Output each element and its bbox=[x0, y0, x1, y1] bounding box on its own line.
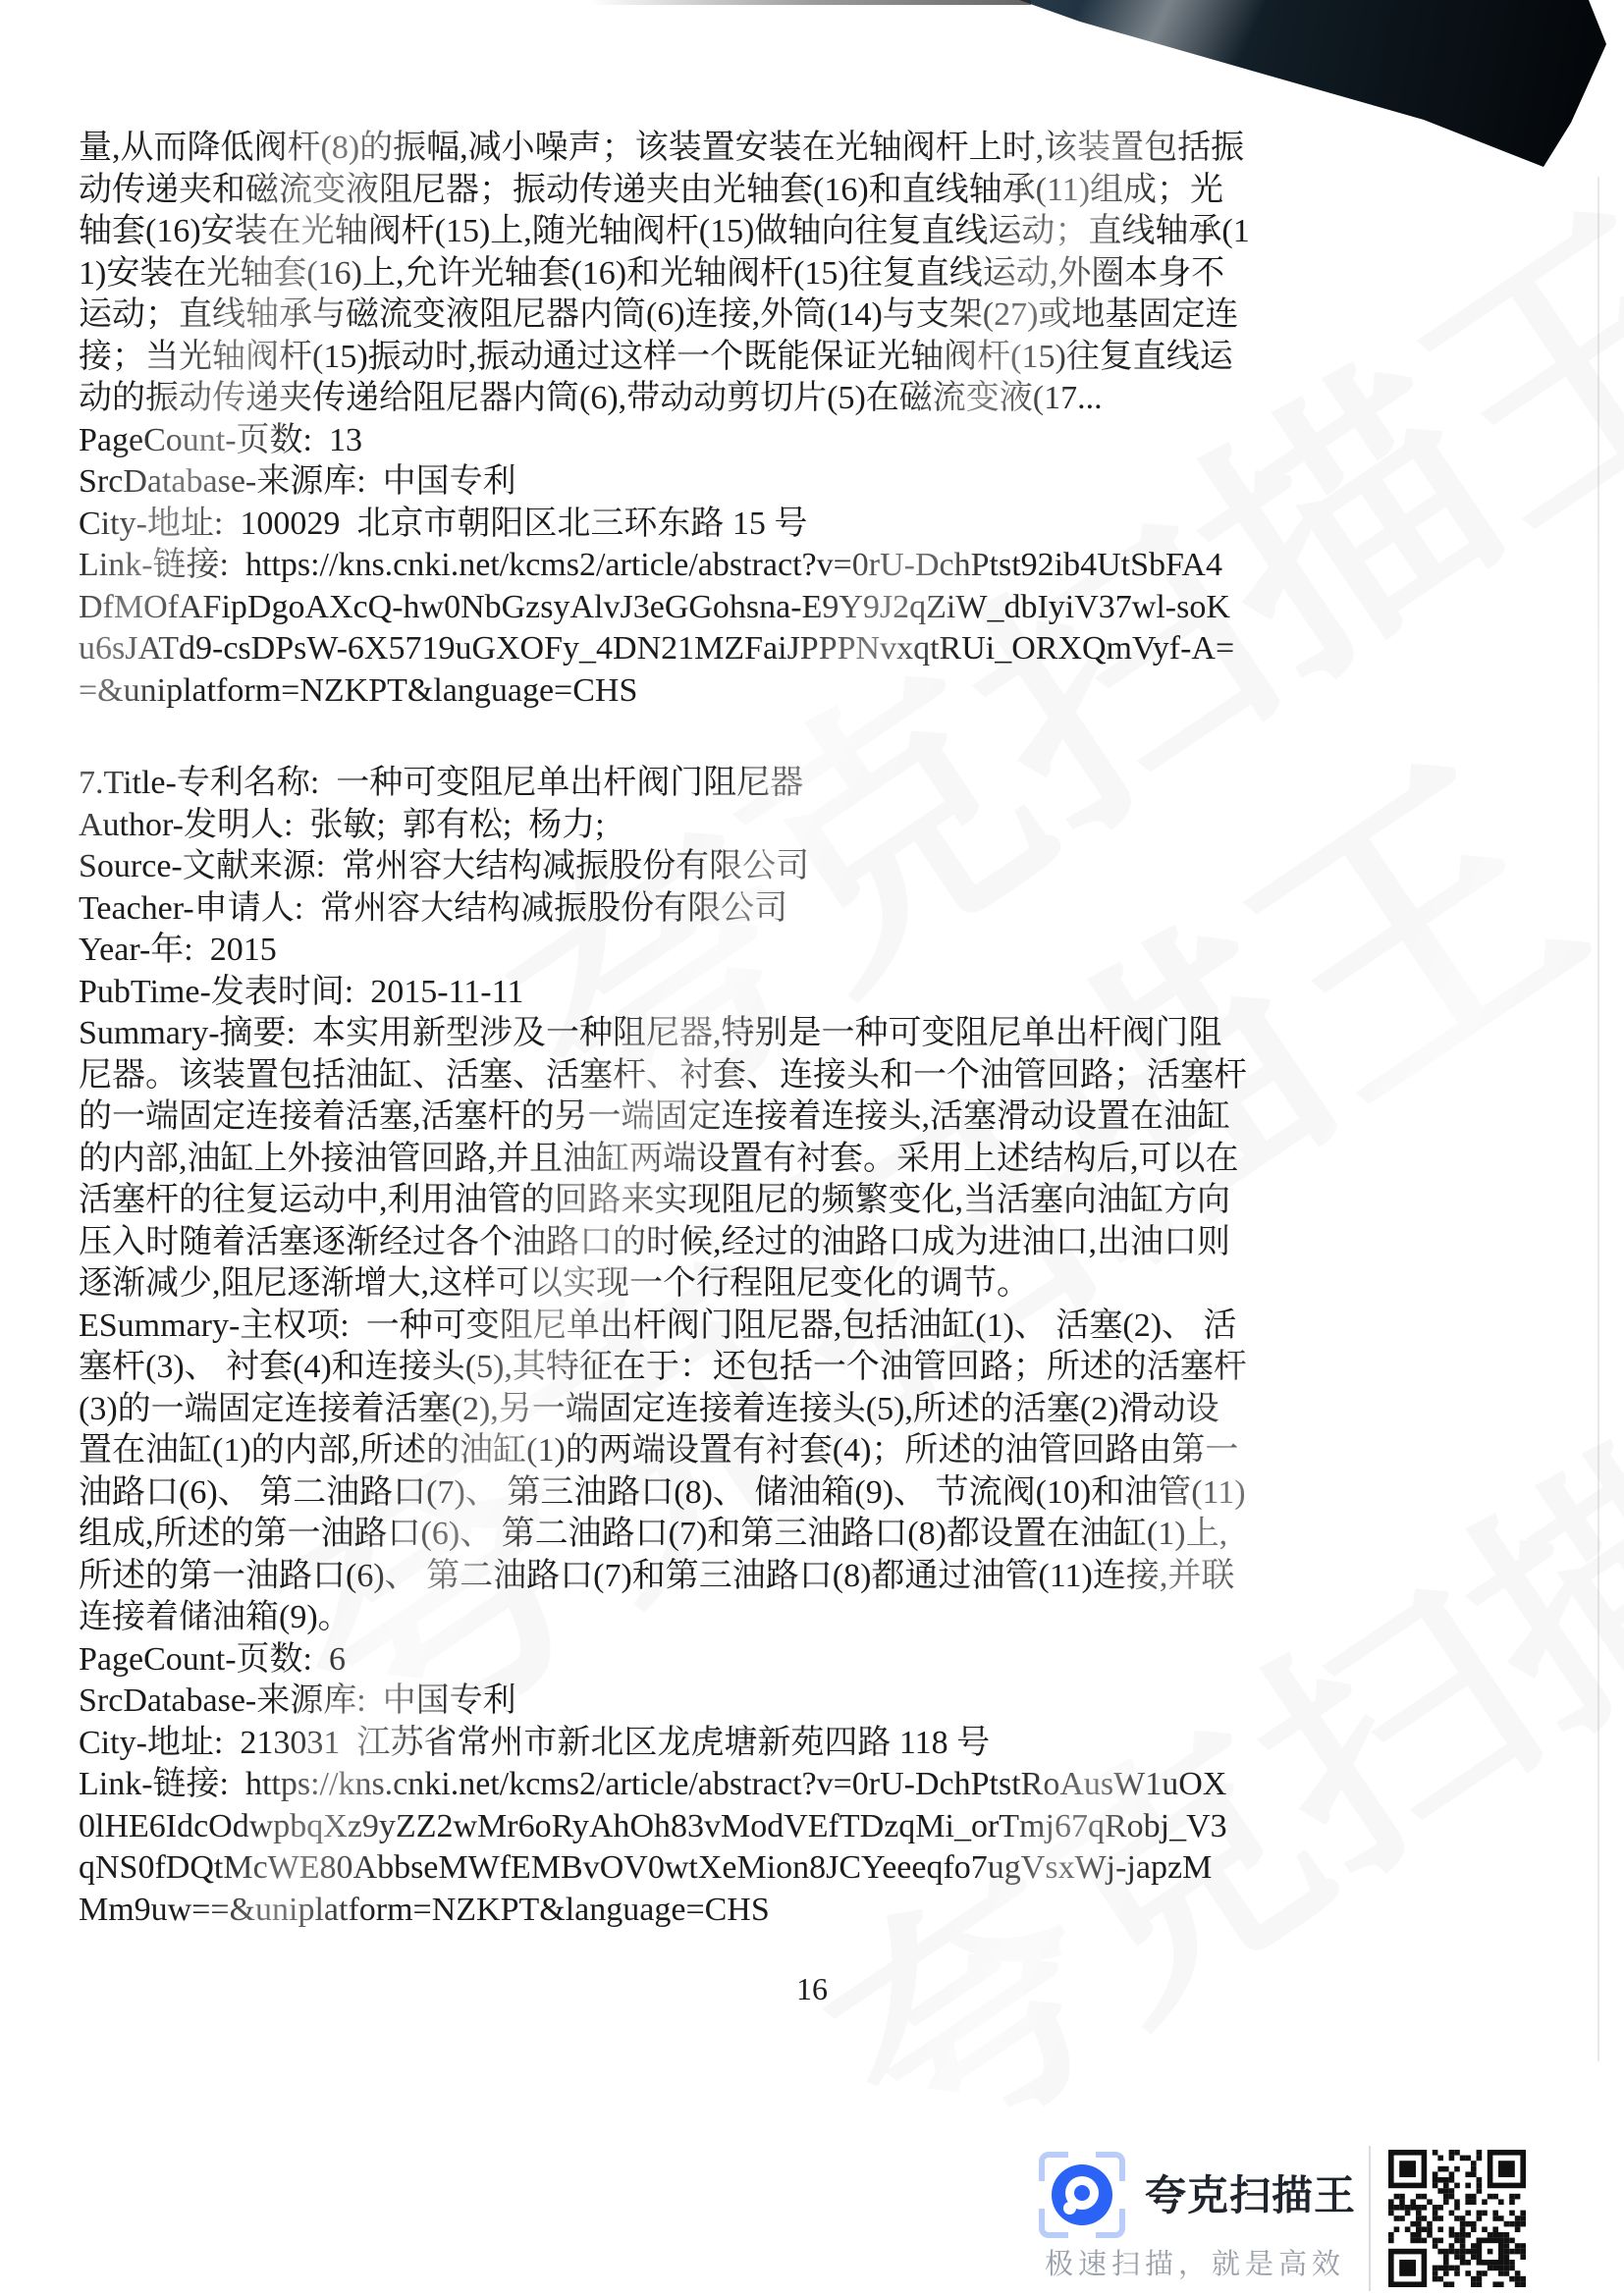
text-line: City-地址: 213031 江苏省常州市新北区龙虎塘新苑四路 118 号 bbox=[79, 1723, 1545, 1765]
text-line: 运动；直线轴承与磁流变液阻尼器内筒(6)连接,外筒(14)与支架(27)或地基固… bbox=[79, 294, 1545, 337]
text-line: qNS0fDQtMcWE80AbbseMWfEMBvOV0wtXeMion8JC… bbox=[79, 1847, 1545, 1890]
text-line: Link-链接: https://kns.cnki.net/kcms2/arti… bbox=[79, 1764, 1545, 1806]
patent-record-7: 7.Title-专利名称: 一种可变阻尼单出杆阀门阻尼器Author-发明人: … bbox=[79, 763, 1545, 1931]
text-line: 油路口(6)、 第二油路口(7)、 第三油路口(8)、 储油箱(9)、 节流阀(… bbox=[79, 1472, 1545, 1515]
text-line: PubTime-发表时间: 2015-11-11 bbox=[79, 972, 1545, 1014]
text-line: ESummary-主权项: 一种可变阻尼单出杆阀门阻尼器,包括油缸(1)、 活塞… bbox=[79, 1306, 1545, 1348]
text-line: 接；当光轴阀杆(15)振动时,振动通过这样一个既能保证光轴阀杆(15)往复直线运 bbox=[79, 337, 1545, 379]
text-line: 活塞杆的往复运动中,利用油管的回路来实现阻尼的频繁变化,当活塞向油缸方向 bbox=[79, 1180, 1545, 1222]
page-number: 16 bbox=[79, 1971, 1545, 2007]
patent-record-6-tail: 量,从而降低阀杆(8)的振幅,减小噪声；该装置安装在光轴阀杆上时,该装置包括振动… bbox=[79, 128, 1545, 712]
quark-ring-tail bbox=[1063, 2202, 1076, 2215]
text-line: SrcDatabase-来源库: 中国专利 bbox=[79, 1681, 1545, 1723]
text-line: City-地址: 100029 北京市朝阳区北三环东路 15 号 bbox=[79, 504, 1545, 546]
text-line: Author-发明人: 张敏; 郭有松; 杨力; bbox=[79, 805, 1545, 847]
scanned-page: 夸克扫描王 夸克扫描王 夸克扫描王 量,从而降低阀杆(8)的振幅,减小噪声；该装… bbox=[0, 0, 1624, 2296]
app-name: 夸克扫描王 bbox=[1145, 2163, 1356, 2222]
divider bbox=[1369, 2146, 1371, 2291]
text-line: SrcDatabase-来源库: 中国专利 bbox=[79, 461, 1545, 504]
scan-edge-streak bbox=[589, 0, 1031, 5]
text-line: Mm9uw==&uniplatform=NZKPT&language=CHS bbox=[79, 1890, 1545, 1932]
text-line: Year-年: 2015 bbox=[79, 930, 1545, 972]
text-line: 动传递夹和磁流变液阻尼器；振动传递夹由光轴套(16)和直线轴承(11)组成；光 bbox=[79, 170, 1545, 212]
text-line: 量,从而降低阀杆(8)的振幅,减小噪声；该装置安装在光轴阀杆上时,该装置包括振 bbox=[79, 128, 1545, 170]
page-edge-shadow bbox=[1597, 177, 1599, 2061]
text-line: 7.Title-专利名称: 一种可变阻尼单出杆阀门阻尼器 bbox=[79, 763, 1545, 805]
text-line: PageCount-页数: 6 bbox=[79, 1639, 1545, 1682]
quark-circle-icon bbox=[1052, 2164, 1112, 2225]
text-line: 1)安装在光轴套(16)上,允许光轴套(16)和光轴阀杆(15)往复直线运动,外… bbox=[79, 253, 1545, 295]
text-line: Source-文献来源: 常州容大结构减振股份有限公司 bbox=[79, 846, 1545, 888]
quark-ring-hole bbox=[1074, 2185, 1090, 2201]
text-line: 所述的第一油路口(6)、 第二油路口(7)和第三油路口(8)都通过油管(11)连… bbox=[79, 1556, 1545, 1598]
text-line: u6sJATd9-csDPsW-6X5719uGXOFy_4DN21MZFaiJ… bbox=[79, 628, 1545, 670]
text-line: 塞杆(3)、 衬套(4)和连接头(5),其特征在于：还包括一个油管回路；所述的活… bbox=[79, 1347, 1545, 1389]
scanner-app-branding: 夸克扫描王 极速扫描，就是高效 bbox=[1039, 2146, 1559, 2295]
text-line: 组成,所述的第一油路口(6)、 第二油路口(7)和第三油路口(8)都设置在油缸(… bbox=[79, 1514, 1545, 1556]
text-line: 动的振动传递夹传递给阻尼器内筒(6),带动动剪切片(5)在磁流变液(17... bbox=[79, 378, 1545, 420]
text-line: 0lHE6IdcOdwpbqXz9yZZ2wMr6oRyAhOh83vModVE… bbox=[79, 1806, 1545, 1848]
text-line: 压入时随着活塞逐渐经过各个油路口的时候,经过的油路口成为进油口,出油口则 bbox=[79, 1222, 1545, 1264]
text-line: Summary-摘要: 本实用新型涉及一种阻尼器,特别是一种可变阻尼单出杆阀门阻 bbox=[79, 1013, 1545, 1055]
text-line: 连接着储油箱(9)。 bbox=[79, 1597, 1545, 1639]
text-line: =&uniplatform=NZKPT&language=CHS bbox=[79, 670, 1545, 713]
text-line: 置在油缸(1)的内部,所述的油缸(1)的两端设置有衬套(4)；所述的油管回路由第… bbox=[79, 1430, 1545, 1472]
text-line: PageCount-页数: 13 bbox=[79, 420, 1545, 462]
text-line: 轴套(16)安装在光轴阀杆(15)上,随光轴阀杆(15)做轴向往复直线运动；直线… bbox=[79, 211, 1545, 253]
quark-logo-icon bbox=[1039, 2152, 1125, 2238]
text-line: DfMOfAFipDgoAXcQ-hw0NbGzsyAlvJ3eGGohsna-… bbox=[79, 587, 1545, 629]
qr-code-icon bbox=[1388, 2150, 1526, 2287]
text-line: 的内部,油缸上外接油管回路,并且油缸两端设置有衬套。采用上述结构后,可以在 bbox=[79, 1139, 1545, 1181]
app-tagline: 极速扫描，就是高效 bbox=[1045, 2242, 1345, 2282]
text-line: 尼器。该装置包括油缸、活塞、活塞杆、衬套、连接头和一个油管回路；活塞杆 bbox=[79, 1055, 1545, 1097]
document-text: 量,从而降低阀杆(8)的振幅,减小噪声；该装置安装在光轴阀杆上时,该装置包括振动… bbox=[79, 128, 1545, 1931]
text-line: Link-链接: https://kns.cnki.net/kcms2/arti… bbox=[79, 545, 1545, 587]
text-line: Teacher-申请人: 常州容大结构减振股份有限公司 bbox=[79, 888, 1545, 931]
text-line: 的一端固定连接着活塞,活塞杆的另一端固定连接着连接头,活塞滑动设置在油缸 bbox=[79, 1096, 1545, 1139]
text-line: (3)的一端固定连接着活塞(2),另一端固定连接着连接头(5),所述的活塞(2)… bbox=[79, 1389, 1545, 1431]
text-line: 逐渐减少,阻尼逐渐增大,这样可以实现一个行程阻尼变化的调节。 bbox=[79, 1263, 1545, 1306]
